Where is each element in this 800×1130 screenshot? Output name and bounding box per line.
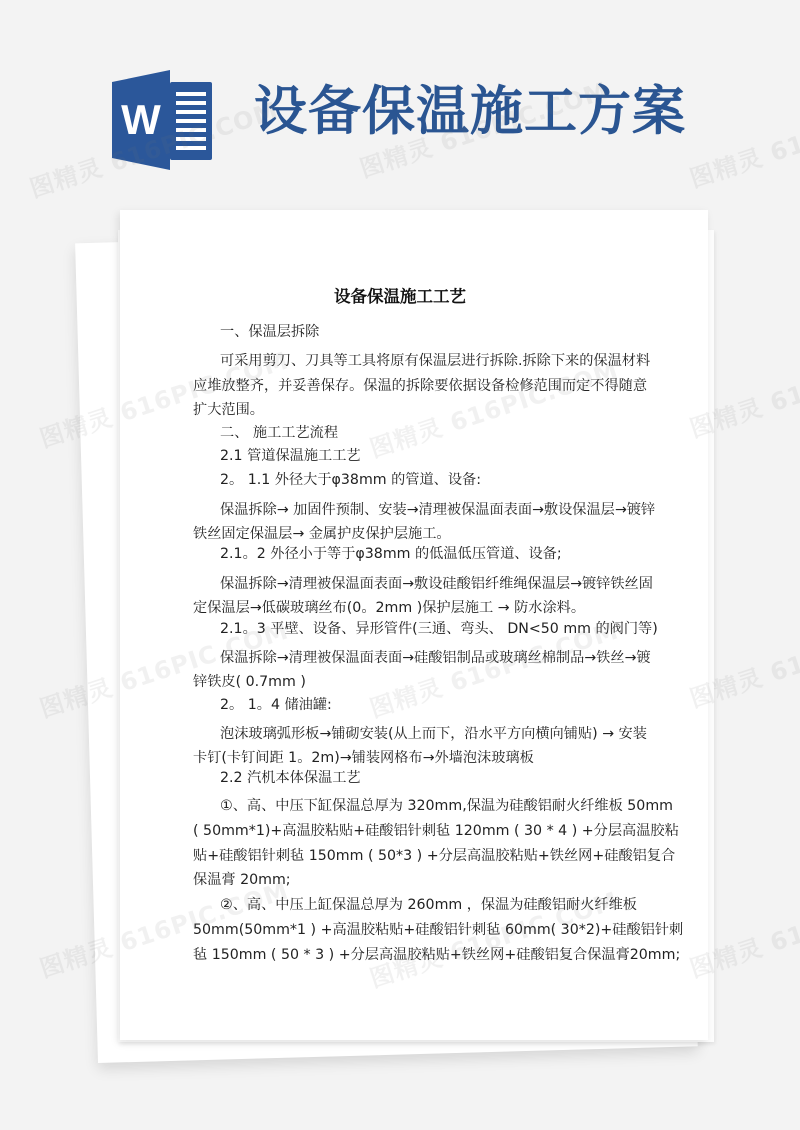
section-heading-2: 二、 施工工艺流程	[220, 423, 338, 443]
paragraph-line: 保温拆除→ 加固件预制、安装→清理被保温面表面→敷设保温层→镀锌	[220, 500, 637, 520]
paragraph-line: 定保温层→低碳玻璃丝布(0。2mm )保护层施工 → 防水涂料。	[193, 598, 585, 618]
svg-text:W: W	[121, 96, 161, 143]
paragraph-line: 50mm(50mm*1 ) +高温胶粘贴+硅酸铝针刺毡 60mm( 30*2)+…	[193, 920, 637, 940]
paragraph-line: 卡钉(卡钉间距 1。2m)→铺装网格布→外墙泡沫玻璃板	[193, 748, 534, 768]
subsection-heading: 2.1。3 平壁、设备、异形管件(三通、弯头、 DN<50 mm 的阀门等)	[220, 619, 658, 639]
paragraph-line: ①、高、中压下缸保温总厚为 320mm,保温为硅酸铝耐火纤维板 50mm	[220, 796, 637, 816]
paragraph-line: 铁丝固定保温层→ 金属护皮保护层施工。	[193, 524, 451, 544]
paragraph-line: 保温膏 20mm;	[193, 870, 291, 890]
subsection-heading: 2.1。2 外径小于等于φ38mm 的低温低压管道、设备;	[220, 544, 562, 564]
paragraph-line: 贴+硅酸铝针刺毡 150mm ( 50*3 ) +分层高温胶粘贴+铁丝网+硅酸铝…	[193, 846, 637, 866]
paragraph-line: 保温拆除→清理被保温面表面→硅酸铝制品或玻璃丝棉制品→铁丝→镀	[220, 648, 637, 668]
paragraph-line: 扩大范围。	[193, 400, 264, 420]
paragraph-line: 毡 150mm ( 50 * 3 ) +分层高温胶粘贴+铁丝网+硅酸铝复合保温膏…	[193, 945, 637, 965]
document-title: 设备保温施工工艺	[0, 283, 800, 307]
paragraph-line: ( 50mm*1)+高温胶粘贴+硅酸铝针刺毡 120mm ( 30 * 4 ) …	[193, 821, 637, 841]
word-icon: W	[112, 70, 214, 170]
section-heading-1: 一、保温层拆除	[220, 322, 319, 342]
paragraph-line: 锌铁皮( 0.7mm )	[193, 672, 306, 692]
subsection-heading: 2。 1。4 储油罐:	[220, 695, 332, 715]
subsection-heading: 2.1 管道保温施工工艺	[220, 446, 361, 466]
watermark: 图精灵 616PIC.COM	[685, 81, 800, 195]
paragraph-line: 保温拆除→清理被保温面表面→敷设硅酸铝纤维绳保温层→镀锌铁丝固	[220, 574, 637, 594]
paragraph-line: 泡沫玻璃弧形板→铺砌安装(从上而下，沿水平方向横向铺贴) → 安装	[220, 724, 637, 744]
subsection-heading: 2.2 汽机本体保温工艺	[220, 768, 361, 788]
paragraph-line: 可采用剪刀、刀具等工具将原有保温层进行拆除.拆除下来的保温材料	[220, 351, 637, 371]
subsection-heading: 2。 1.1 外径大于φ38mm 的管道、设备:	[220, 470, 481, 490]
paragraph-line: 应堆放整齐，并妥善保存。保温的拆除要依据设备检修范围而定不得随意	[193, 376, 637, 396]
paragraph-line: ②、高、中压上缸保温总厚为 260mm ，保温为硅酸铝耐火纤维板	[220, 895, 637, 915]
banner-title: 设备保温施工方案	[254, 78, 694, 144]
